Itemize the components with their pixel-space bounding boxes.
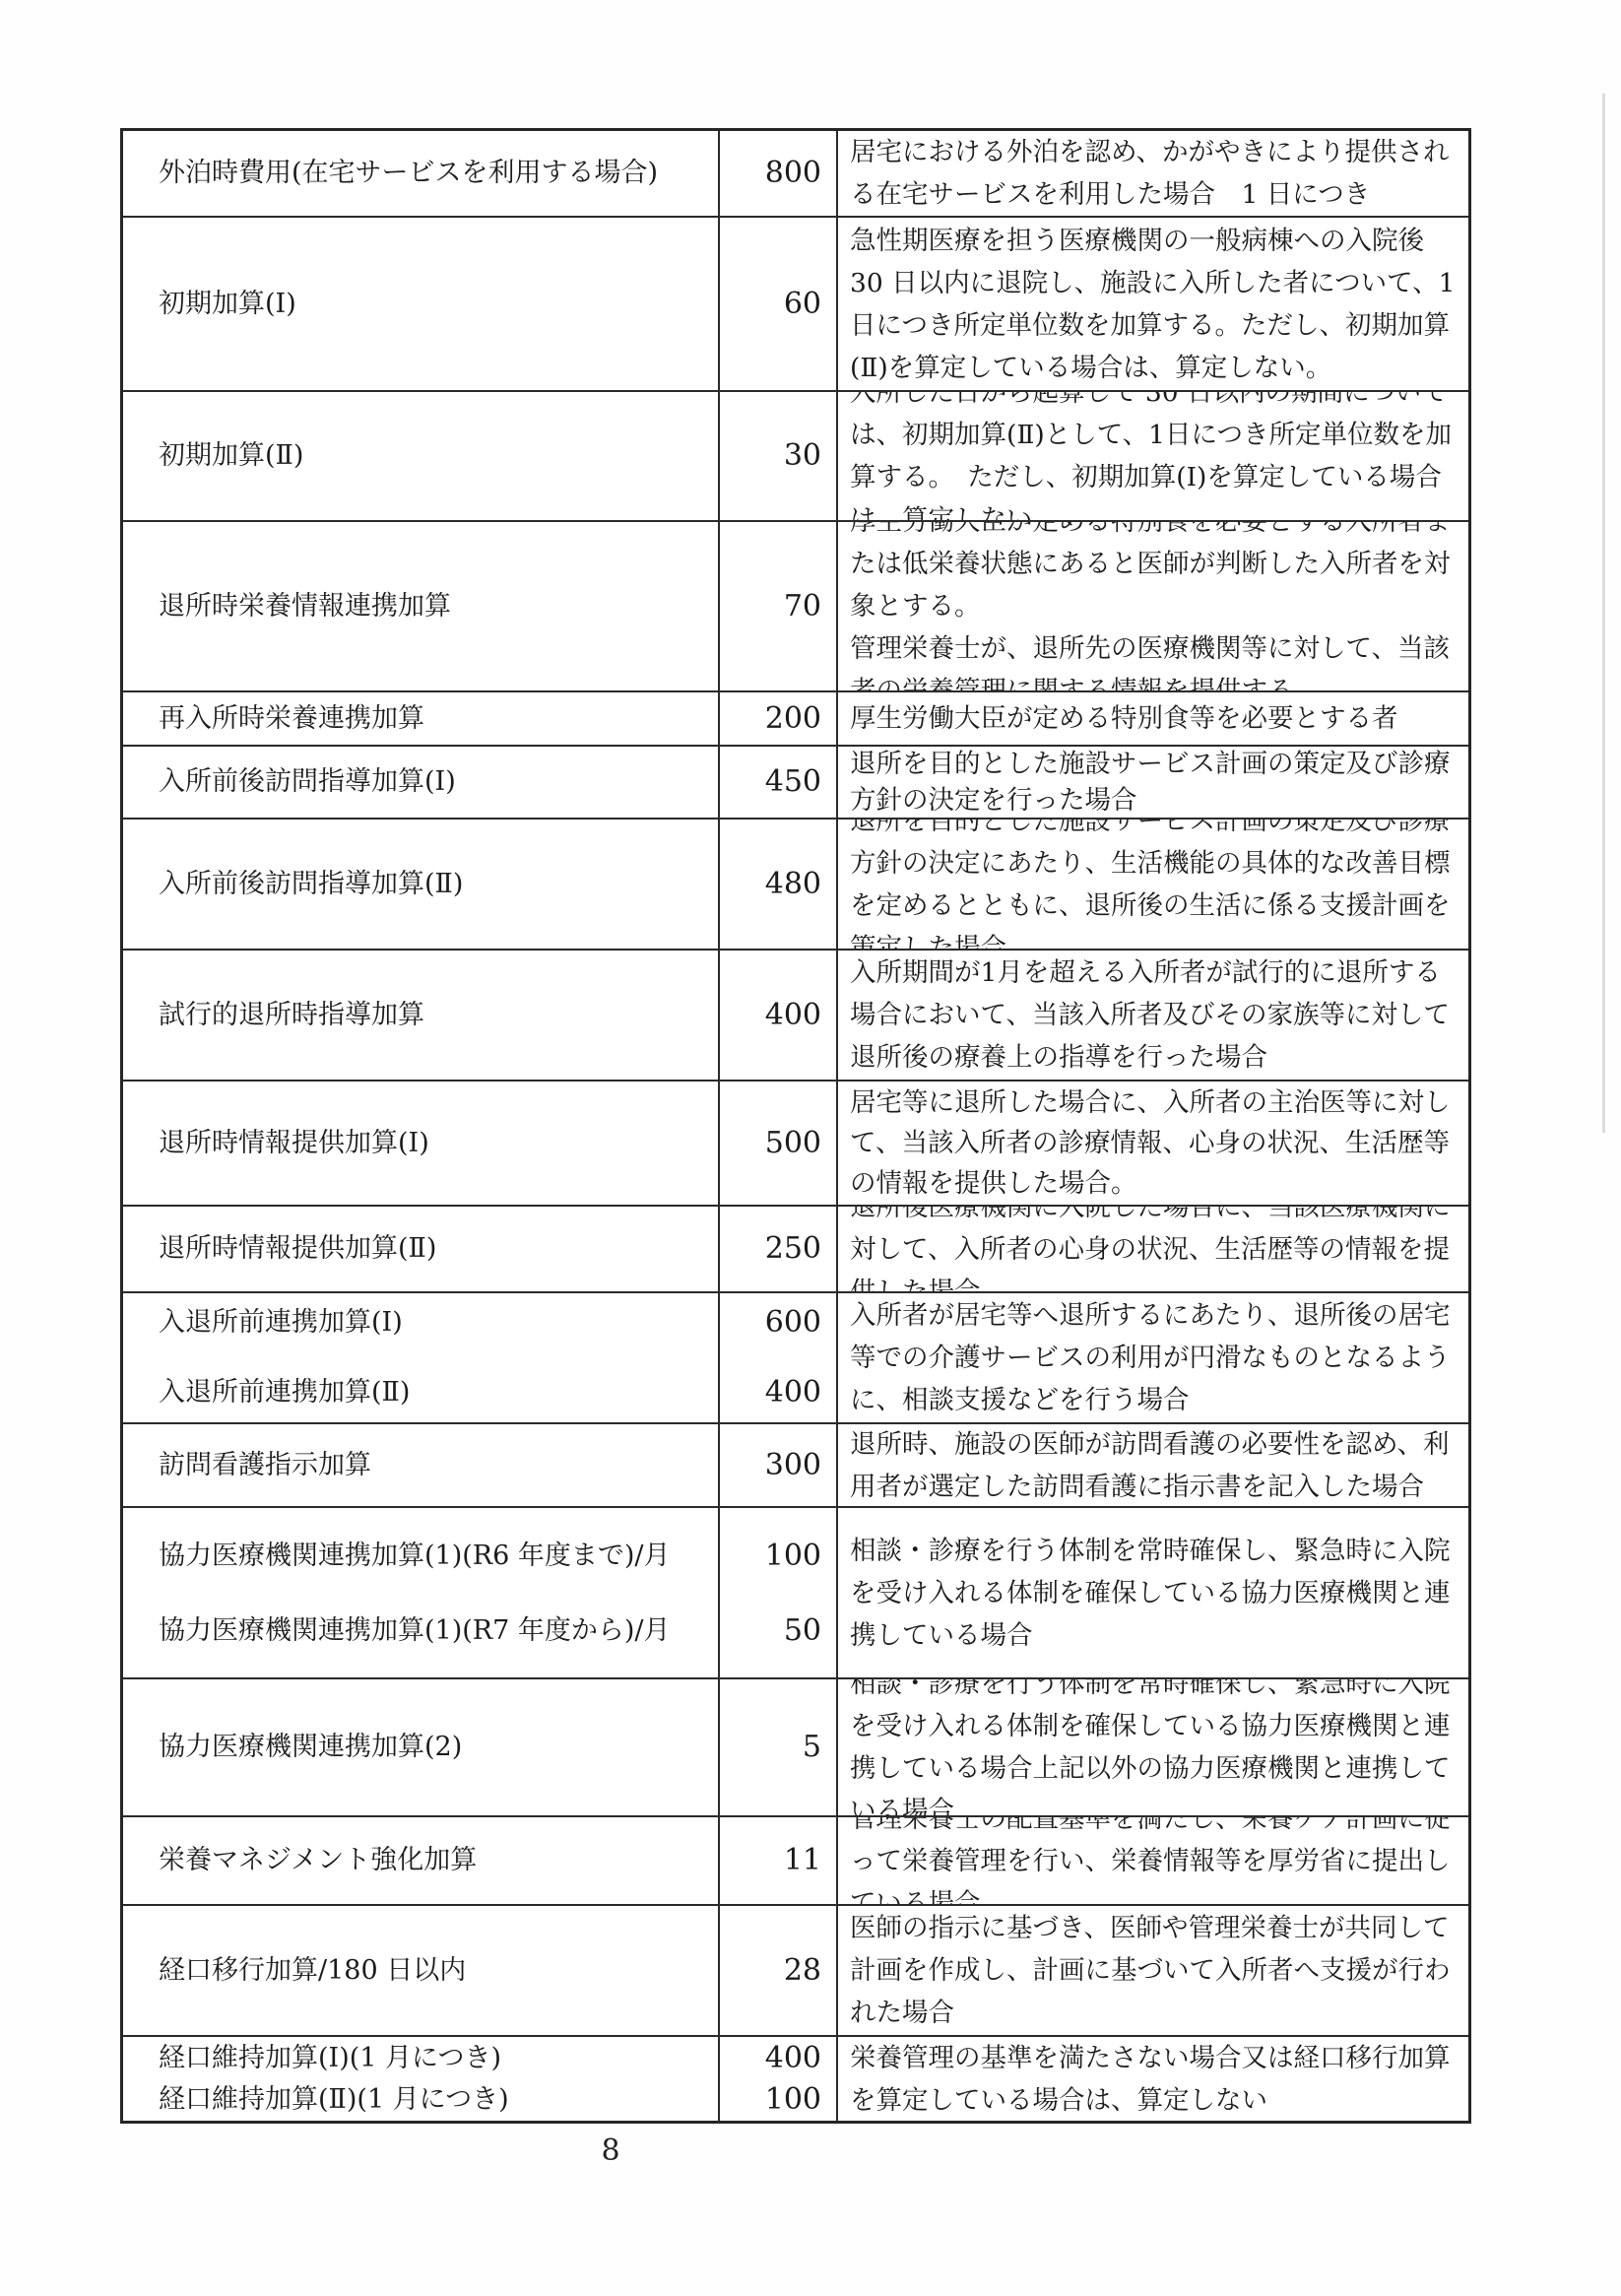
fee-description: 医師の指示に基づき、医師や管理栄養士が共同して計画を作成し、計画に基づいて入所者… — [838, 1906, 1468, 2035]
row-name-cell: 入所前後訪問指導加算(Ⅱ) — [123, 820, 720, 949]
table-row: 入退所前連携加算(Ⅰ)入退所前連携加算(Ⅱ)600400入所者が居宅等へ退所する… — [123, 1293, 1468, 1424]
fee-name: 退所時栄養情報連携加算 — [159, 586, 710, 627]
row-name-cell: 初期加算(Ⅰ) — [123, 218, 720, 390]
fee-name: 初期加算(Ⅰ) — [159, 284, 710, 325]
fee-description: 厚生労働大臣が定める特別食等を必要とする者 — [838, 692, 1468, 745]
fee-name: 入所前後訪問指導加算(Ⅱ) — [159, 864, 710, 905]
fee-name: 協力医療機関連携加算(1)(R6 年度まで)/月 — [159, 1536, 710, 1577]
fee-points: 200 — [765, 698, 821, 740]
fee-name: 経口移行加算/180 日以内 — [159, 1950, 710, 1992]
fee-name: 入退所前連携加算(Ⅱ) — [159, 1372, 710, 1413]
table-row: 入所前後訪問指導加算(Ⅰ)450退所を目的とした施設サービス計画の策定及び診療方… — [123, 747, 1468, 820]
fee-points: 400 — [765, 2038, 821, 2079]
fee-name: 試行的退所時指導加算 — [159, 995, 710, 1036]
fee-points: 400 — [765, 995, 821, 1036]
fee-points: 100 — [765, 1536, 821, 1577]
fee-name: 入退所前連携加算(Ⅰ) — [159, 1302, 710, 1344]
row-name-cell: 再入所時栄養連携加算 — [123, 692, 720, 745]
fee-description: 居宅等に退所した場合に、入所者の主治医等に対して、当該入所者の診療情報、心身の状… — [838, 1082, 1468, 1205]
row-name-cell: 退所時情報提供加算(Ⅱ) — [123, 1207, 720, 1291]
fee-points: 70 — [784, 586, 821, 627]
row-points-cell: 5 — [720, 1679, 838, 1815]
row-points-cell: 480 — [720, 820, 838, 949]
fee-description: 栄養管理の基準を満たさない場合又は経口移行加算を算定している場合は、算定しない — [838, 2037, 1468, 2121]
table-row: 協力医療機関連携加算(1)(R6 年度まで)/月協力医療機関連携加算(1)(R7… — [123, 1508, 1468, 1679]
row-points-cell: 200 — [720, 692, 838, 745]
row-points-cell: 60 — [720, 218, 838, 390]
table-row: 退所時栄養情報連携加算70厚生労働大臣が定める特別食を必要とする入所者または低栄… — [123, 522, 1468, 692]
fee-description: 入所者が居宅等へ退所するにあたり、退所後の居宅等での介護サービスの利用が円滑なも… — [838, 1293, 1468, 1422]
row-points-cell: 70 — [720, 522, 838, 690]
fee-description: 管理栄養士の配置基準を満たし、栄養ケア計画に従って栄養管理を行い、栄養情報等を厚… — [838, 1817, 1468, 1904]
row-name-cell: 入退所前連携加算(Ⅰ)入退所前連携加算(Ⅱ) — [123, 1293, 720, 1422]
row-name-cell: 試行的退所時指導加算 — [123, 951, 720, 1080]
fee-description: 相談・診療を行う体制を常時確保し、緊急時に入院を受け入れる体制を確保している協力… — [838, 1679, 1468, 1815]
fee-points: 250 — [765, 1228, 821, 1270]
fee-points: 5 — [803, 1727, 821, 1768]
fee-name: 退所時情報提供加算(Ⅱ) — [159, 1228, 710, 1270]
table-row: 初期加算(Ⅰ)60急性期医療を担う医療機関の一般病棟への入院後 30 日以内に退… — [123, 218, 1468, 392]
fee-description: 急性期医療を担う医療機関の一般病棟への入院後 30 日以内に退院し、施設に入所し… — [838, 218, 1468, 390]
fee-description: 退所時、施設の医師が訪問看護の必要性を認め、利用者が選定した訪問看護に指示書を記… — [838, 1424, 1468, 1506]
document-page: 外泊時費用(在宅サービスを利用する場合)800居宅における外泊を認め、かがやきに… — [0, 0, 1621, 2296]
row-points-cell: 28 — [720, 1906, 838, 2035]
table-row: 協力医療機関連携加算(2)5相談・診療を行う体制を常時確保し、緊急時に入院を受け… — [123, 1679, 1468, 1817]
fee-points: 30 — [784, 435, 821, 477]
table-row: 再入所時栄養連携加算200厚生労働大臣が定める特別食等を必要とする者 — [123, 692, 1468, 747]
fee-table: 外泊時費用(在宅サービスを利用する場合)800居宅における外泊を認め、かがやきに… — [120, 128, 1471, 2124]
fee-name: 入所前後訪問指導加算(Ⅰ) — [159, 761, 710, 803]
fee-points: 800 — [765, 153, 821, 194]
fee-points: 400 — [765, 1372, 821, 1413]
page-number: 8 — [587, 2133, 634, 2168]
row-name-cell: 初期加算(Ⅱ) — [123, 392, 720, 520]
scan-edge-artifact — [1602, 94, 1605, 1133]
row-name-cell: 訪問看護指示加算 — [123, 1424, 720, 1506]
fee-description: 退所を目的とした施設サービス計画の策定及び診療方針の決定にあたり、生活機能の具体… — [838, 820, 1468, 949]
fee-points: 50 — [784, 1610, 821, 1652]
table-row: 入所前後訪問指導加算(Ⅱ)480退所を目的とした施設サービス計画の策定及び診療方… — [123, 820, 1468, 951]
row-name-cell: 退所時栄養情報連携加算 — [123, 522, 720, 690]
fee-description: 入所した日から起算して 30 日以内の期間については、初期加算(Ⅱ)として、1日… — [838, 392, 1468, 520]
table-row: 退所時情報提供加算(Ⅰ)500居宅等に退所した場合に、入所者の主治医等に対して、… — [123, 1082, 1468, 1207]
row-points-cell: 11 — [720, 1817, 838, 1904]
table-row: 経口維持加算(Ⅰ)(1 月につき)経口維持加算(Ⅱ)(1 月につき)400100… — [123, 2037, 1468, 2121]
row-name-cell: 協力医療機関連携加算(1)(R6 年度まで)/月協力医療機関連携加算(1)(R7… — [123, 1508, 720, 1677]
table-row: 初期加算(Ⅱ)30入所した日から起算して 30 日以内の期間については、初期加算… — [123, 392, 1468, 522]
fee-name: 初期加算(Ⅱ) — [159, 435, 710, 477]
row-points-cell: 600400 — [720, 1293, 838, 1422]
fee-points: 60 — [784, 284, 821, 325]
row-points-cell: 450 — [720, 747, 838, 818]
table-row: 栄養マネジメント強化加算11管理栄養士の配置基準を満たし、栄養ケア計画に従って栄… — [123, 1817, 1468, 1906]
table-row: 外泊時費用(在宅サービスを利用する場合)800居宅における外泊を認め、かがやきに… — [123, 131, 1468, 218]
row-points-cell: 800 — [720, 131, 838, 216]
fee-name: 経口維持加算(Ⅰ)(1 月につき) — [159, 2038, 710, 2079]
fee-description: 入所期間が1月を超える入所者が試行的に退所する場合において、当該入所者及びその家… — [838, 951, 1468, 1080]
fee-points: 600 — [765, 1302, 821, 1344]
fee-description: 退所を目的とした施設サービス計画の策定及び診療方針の決定を行った場合 — [838, 747, 1468, 818]
fee-points: 500 — [765, 1123, 821, 1164]
fee-points: 28 — [784, 1950, 821, 1992]
fee-name: 経口維持加算(Ⅱ)(1 月につき) — [159, 2079, 710, 2121]
row-points-cell: 30 — [720, 392, 838, 520]
row-name-cell: 協力医療機関連携加算(2) — [123, 1679, 720, 1815]
table-row: 経口移行加算/180 日以内28医師の指示に基づき、医師や管理栄養士が共同して計… — [123, 1906, 1468, 2037]
fee-name: 退所時情報提供加算(Ⅰ) — [159, 1123, 710, 1164]
row-points-cell: 250 — [720, 1207, 838, 1291]
row-points-cell: 300 — [720, 1424, 838, 1506]
fee-points: 11 — [784, 1840, 821, 1881]
table-row: 訪問看護指示加算300退所時、施設の医師が訪問看護の必要性を認め、利用者が選定し… — [123, 1424, 1468, 1508]
fee-description: 退所後医療機関に入院した場合に、当該医療機関に対して、入所者の心身の状況、生活歴… — [838, 1207, 1468, 1291]
fee-name: 再入所時栄養連携加算 — [159, 698, 710, 740]
row-points-cell: 400 — [720, 951, 838, 1080]
fee-name: 訪問看護指示加算 — [159, 1445, 710, 1486]
row-name-cell: 経口維持加算(Ⅰ)(1 月につき)経口維持加算(Ⅱ)(1 月につき) — [123, 2037, 720, 2121]
row-name-cell: 外泊時費用(在宅サービスを利用する場合) — [123, 131, 720, 216]
fee-name: 協力医療機関連携加算(1)(R7 年度から)/月 — [159, 1610, 710, 1652]
row-name-cell: 栄養マネジメント強化加算 — [123, 1817, 720, 1904]
fee-description: 厚生労働大臣が定める特別食を必要とする入所者または低栄養状態にあると医師が判断し… — [838, 522, 1468, 690]
fee-name: 栄養マネジメント強化加算 — [159, 1840, 710, 1881]
fee-description: 居宅における外泊を認め、かがやきにより提供される在宅サービスを利用した場合 1 … — [838, 131, 1468, 216]
fee-points: 480 — [765, 864, 821, 905]
table-row: 退所時情報提供加算(Ⅱ)250退所後医療機関に入院した場合に、当該医療機関に対し… — [123, 1207, 1468, 1293]
row-points-cell: 500 — [720, 1082, 838, 1205]
row-name-cell: 経口移行加算/180 日以内 — [123, 1906, 720, 2035]
row-name-cell: 入所前後訪問指導加算(Ⅰ) — [123, 747, 720, 818]
fee-name: 協力医療機関連携加算(2) — [159, 1727, 710, 1768]
table-row: 試行的退所時指導加算400入所期間が1月を超える入所者が試行的に退所する場合にお… — [123, 951, 1468, 1082]
row-name-cell: 退所時情報提供加算(Ⅰ) — [123, 1082, 720, 1205]
fee-points: 100 — [765, 2079, 821, 2121]
row-points-cell: 10050 — [720, 1508, 838, 1677]
fee-points: 450 — [765, 761, 821, 803]
fee-name: 外泊時費用(在宅サービスを利用する場合) — [159, 153, 710, 194]
fee-points: 300 — [765, 1445, 821, 1486]
row-points-cell: 400100 — [720, 2037, 838, 2121]
fee-description: 相談・診療を行う体制を常時確保し、緊急時に入院を受け入れる体制を確保している協力… — [838, 1508, 1468, 1677]
